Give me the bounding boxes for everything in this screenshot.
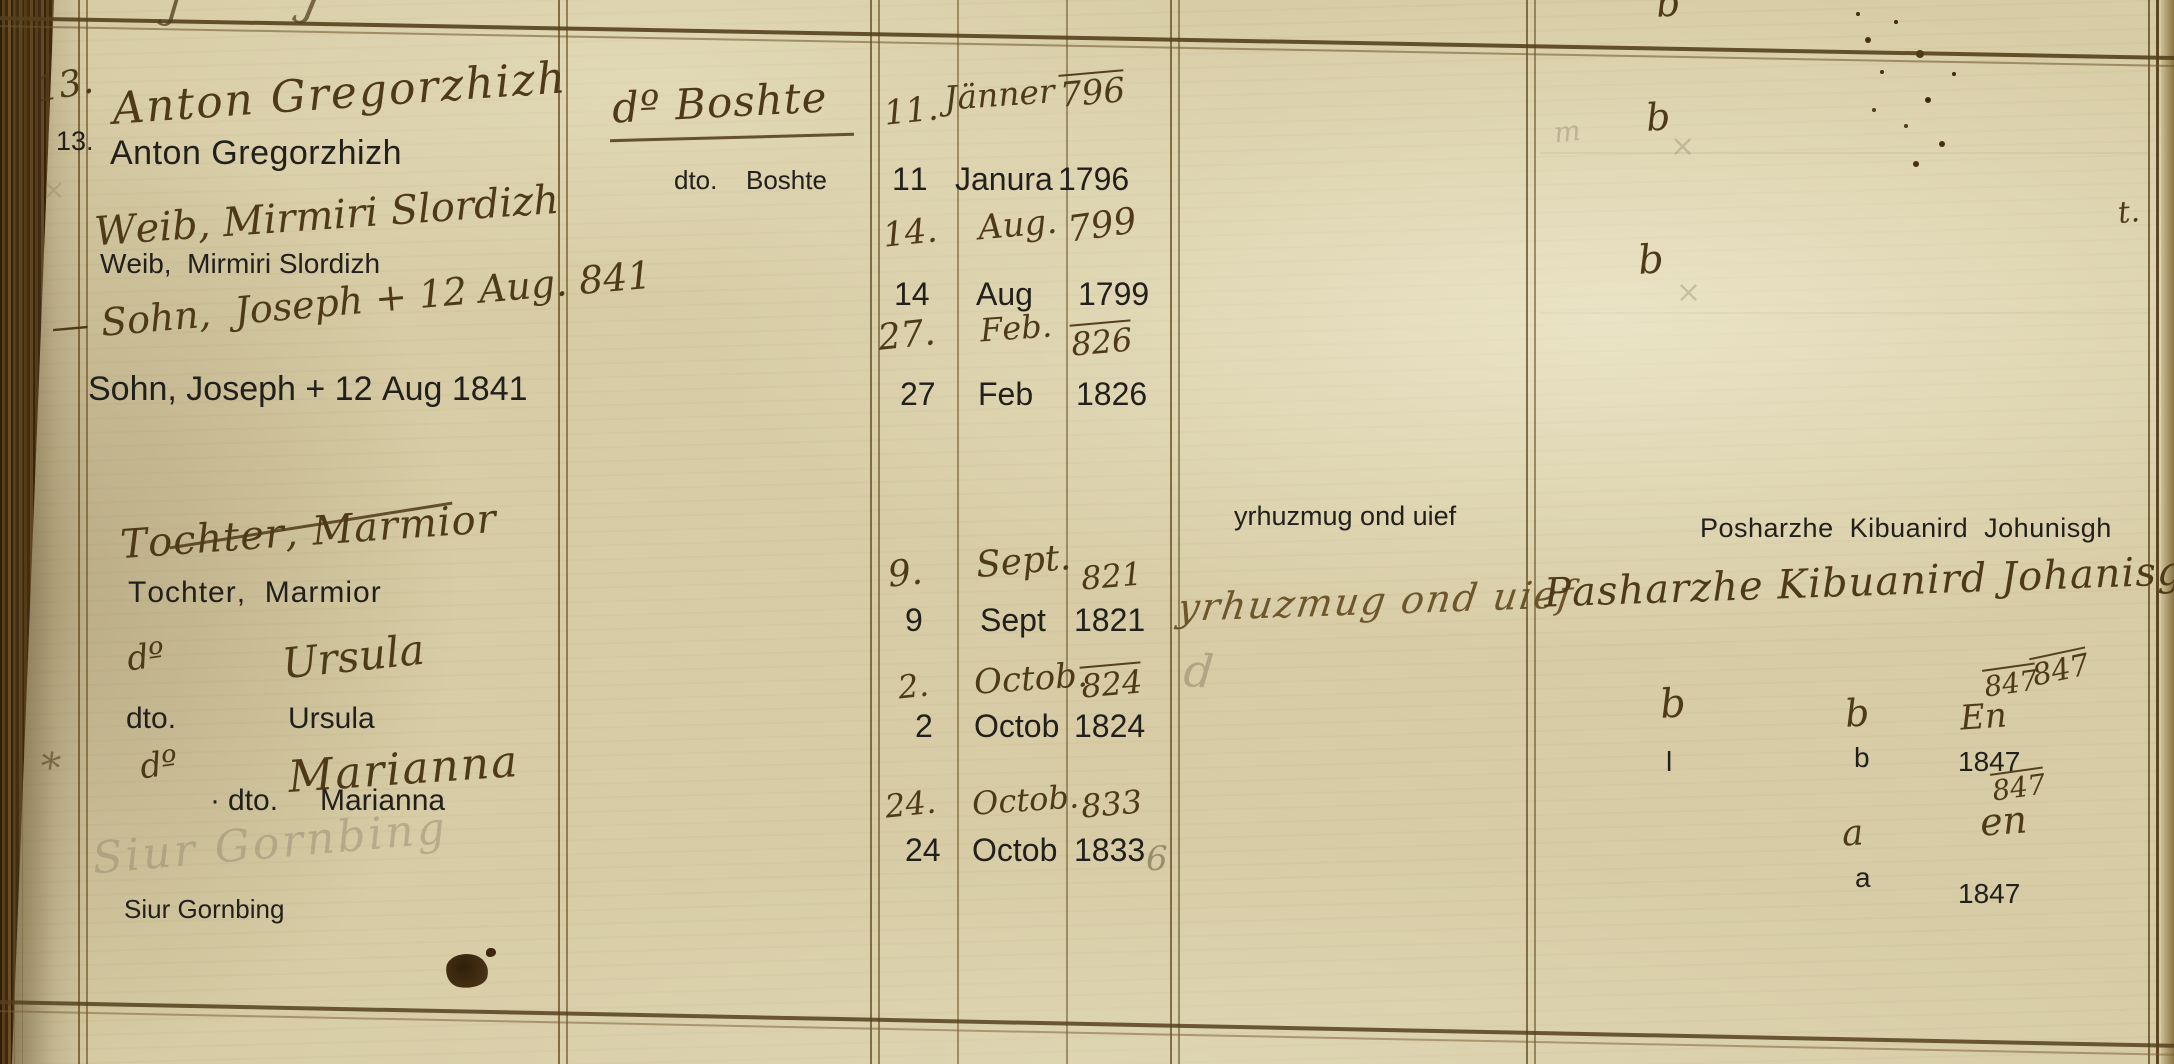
date-year-handwritten: 824	[1080, 661, 1144, 702]
date-month-handwritten: Octob.	[971, 780, 1080, 819]
right-mark1-handwritten: b	[1645, 97, 1672, 137]
son-entry-printed: Sohn, Joseph + 12 Aug 1841	[88, 372, 528, 406]
right-page-edge	[2161, 0, 2174, 1064]
row-number-handwritten: 13.	[33, 63, 96, 108]
date-month-printed: Octob	[974, 710, 1059, 742]
right-border-rule	[2156, 0, 2159, 1064]
remark-printed: yrhuzmug ond uief	[1234, 503, 1456, 530]
row-number-printed: 13.	[56, 128, 94, 155]
page-edge-rule	[22, 0, 23, 1064]
cell-b-printed: b	[1854, 744, 1870, 772]
date-year-printed: 1833	[1074, 834, 1145, 866]
column-rule	[566, 0, 568, 1064]
wife-name-printed: Weib, Mirmiri Slordizh	[100, 250, 380, 278]
cell-year1-tail-handwritten: En	[1959, 698, 2008, 735]
pencil-m-scribble: m	[1553, 117, 1582, 148]
date-year-handwritten: 833	[1080, 785, 1144, 822]
cell-l-printed: l	[1666, 748, 1672, 776]
column-rule	[1066, 0, 1068, 1064]
date-day-printed: 14	[894, 278, 930, 310]
date-month-printed: Feb	[978, 378, 1033, 410]
cell-year2-tail-handwritten: en	[1979, 800, 2029, 841]
cell-year2-printed: 1847	[1958, 880, 2020, 908]
pencil-d-mark: d	[1182, 647, 1215, 695]
right-mark1-cross: ×	[1670, 132, 1695, 162]
cell-l-handwritten: b	[1659, 683, 1687, 725]
daughter3-dot-printed: ·	[210, 786, 220, 816]
right-mark-top-handwritten: b	[1655, 0, 1682, 23]
right-mark2-cross: ×	[1676, 278, 1701, 308]
column-rule	[86, 0, 88, 1064]
daughter2-handwritten: Ursula	[280, 629, 426, 686]
column-rule	[957, 0, 959, 1064]
ink-blot-drop	[486, 948, 496, 957]
date-month-handwritten: Feb.	[979, 310, 1053, 347]
column-rule	[1534, 0, 1536, 1064]
date-day-printed: 27	[900, 378, 936, 410]
place-dto-printed: dto.	[674, 167, 717, 193]
date-month-handwritten: Aug.	[977, 205, 1059, 246]
date-year-handwritten: 796	[1058, 69, 1126, 113]
right-heading-printed: Posharzhe Kibuanird Johunisgh	[1700, 515, 2112, 542]
date-day-handwritten: 2.	[896, 668, 930, 703]
date-year-handwritten: 826	[1070, 319, 1134, 360]
date-month-printed: Janura	[955, 163, 1053, 195]
date-day-printed: 11	[892, 163, 928, 195]
daughter2-dto-handwritten: dº	[125, 638, 167, 677]
date-year-printed: 1796	[1058, 163, 1129, 195]
place-name-printed: Boshte	[746, 167, 827, 193]
date-month-handwritten: Octob.	[973, 658, 1089, 700]
date-day-handwritten: 11.	[882, 91, 939, 130]
daughter1-printed: Tochter, Marmior	[128, 578, 382, 608]
column-rule	[558, 0, 560, 1064]
top-rule	[0, 16, 2174, 67]
daughter3-dto-handwritten: dº	[138, 746, 180, 785]
right-mark2-handwritten: b	[1637, 239, 1665, 281]
daughter3-dto-printed: dto.	[228, 786, 278, 816]
daughter2-printed: Ursula	[288, 704, 375, 734]
date-day-printed: 2	[915, 710, 933, 742]
cell-a-printed: a	[1855, 864, 1871, 892]
column-rule	[870, 0, 872, 1064]
date-month-printed: Aug	[976, 278, 1033, 310]
right-year-flourish-handwritten: 847	[2029, 646, 2092, 691]
date-day-handwritten: 14.	[881, 213, 938, 252]
bottom-rule	[0, 1000, 2174, 1056]
cell-a-handwritten: a	[1841, 815, 1865, 852]
pencil-signature-handwritten: Siur Gornbing	[91, 807, 450, 882]
daughter2-dto-printed: dto.	[126, 704, 176, 734]
pencil-6-mark: 6	[1146, 842, 1168, 876]
date-year-printed: 1799	[1078, 278, 1149, 310]
right-edge-t-mark: t.	[2116, 197, 2141, 229]
column-rule	[1178, 0, 1180, 1064]
date-month-handwritten: Sept.	[975, 540, 1073, 584]
margin-cross-mark: ×	[42, 176, 65, 204]
place-handwritten: dº Boshte	[611, 76, 828, 129]
date-day-handwritten: 27.	[876, 315, 937, 357]
date-day-handwritten: 24.	[883, 785, 937, 822]
head-name-printed: Anton Gregorzhizh	[110, 136, 402, 170]
head-name-handwritten: Anton Gregorzhizh	[111, 56, 569, 132]
date-month-printed: Sept	[980, 604, 1046, 636]
daughter1-handwritten: Tochter, Marmior	[119, 499, 498, 565]
pencil-signature-printed: Siur Gornbing	[124, 896, 284, 922]
ink-speckles	[1856, 12, 1860, 16]
column-rule	[878, 0, 880, 1064]
column-rule	[1170, 0, 1172, 1064]
date-day-handwritten: 9.	[886, 554, 924, 593]
cell-b-handwritten: b	[1844, 693, 1871, 733]
place-underline	[610, 133, 854, 142]
date-year-handwritten: 821	[1080, 557, 1144, 594]
column-rule	[78, 0, 80, 1064]
register-page: ʃ ʃ 13. 13. × * Anton Gregorzhizh Anton …	[0, 0, 2174, 1064]
date-year-printed: 1826	[1076, 378, 1147, 410]
date-day-printed: 9	[905, 604, 923, 636]
date-month-printed: Octob	[972, 834, 1057, 866]
paper-crease	[1540, 152, 2148, 154]
right-border-rule	[2148, 0, 2150, 1064]
ink-blot	[444, 951, 490, 991]
right-line-handwritten: Pasharzhe Kibuanird Johanisgh	[1544, 550, 2174, 613]
column-rule	[1526, 0, 1528, 1064]
page-edge-rule	[14, 0, 15, 1064]
date-year-printed: 1821	[1074, 604, 1145, 636]
date-year-printed: 1824	[1074, 710, 1145, 742]
date-day-printed: 24	[905, 834, 941, 866]
paper-crease	[1540, 312, 2148, 314]
wife-name-handwritten: Weib, Mirmiri Slordizh	[93, 180, 560, 252]
date-year-handwritten: 799	[1066, 203, 1139, 248]
remark-handwritten: yrhuzmug ond uief	[1175, 575, 1577, 627]
date-month-handwritten: Jänner	[943, 74, 1056, 115]
